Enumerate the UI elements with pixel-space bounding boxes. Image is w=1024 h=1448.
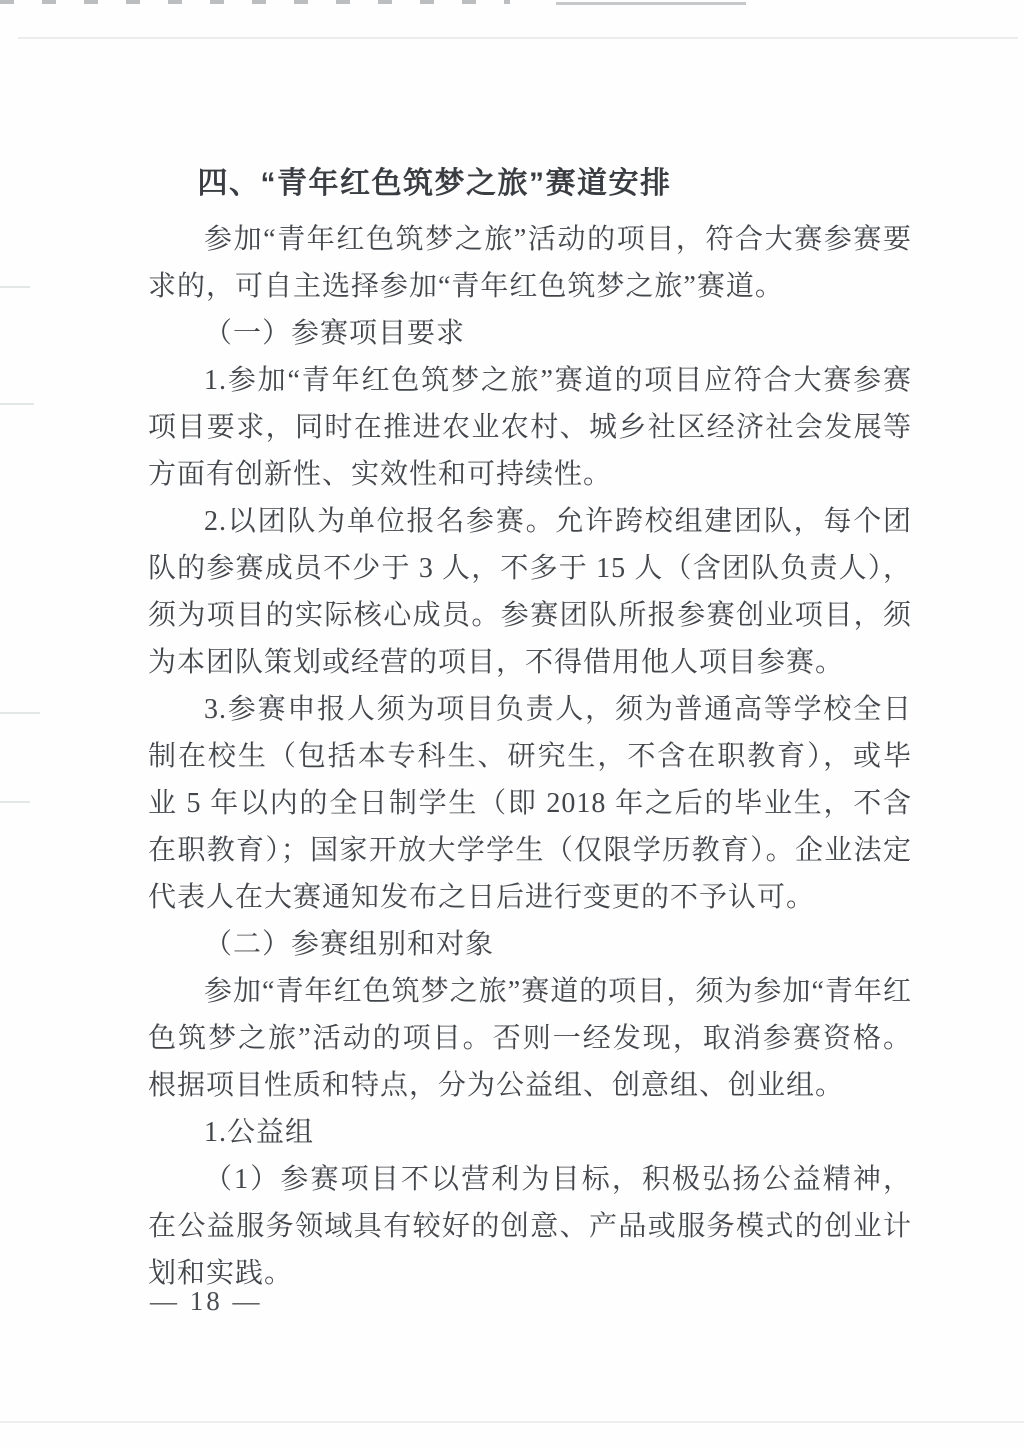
scan-artifact-bottom-line: [0, 1421, 1024, 1423]
subsection-2-heading: （二）参赛组别和对象: [148, 921, 912, 968]
requirement-item-1: 1.参加“青年红色筑梦之旅”赛道的项目应符合大赛参赛项目要求，同时在推进农业农村…: [148, 357, 912, 498]
scan-artifact-left-tick: [0, 712, 40, 714]
section-4-heading: 四、“青年红色筑梦之旅”赛道安排: [148, 160, 912, 208]
requirement-item-3: 3.参赛申报人须为项目负责人，须为普通高等学校全日制在校生（包括本专科生、研究生…: [148, 686, 912, 921]
scan-artifact-left-tick: [0, 403, 34, 405]
requirement-item-2: 2.以团队为单位报名参赛。允许跨校组建团队，每个团队的参赛成员不少于 3 人，不…: [148, 498, 912, 686]
page-number: — 18 —: [150, 1286, 263, 1317]
scan-artifact-left-tick: [0, 286, 30, 288]
scan-artifact-top-dashes: [0, 0, 510, 4]
intro-paragraph: 参加“青年红色筑梦之旅”活动的项目，符合大赛参赛要求的，可自主选择参加“青年红色…: [148, 216, 912, 310]
subsection-1-heading: （一）参赛项目要求: [148, 310, 912, 357]
scan-artifact-faint-line: [18, 37, 1018, 39]
group-overview-paragraph: 参加“青年红色筑梦之旅”赛道的项目，须为参加“青年红色筑梦之旅”活动的项目。否则…: [148, 968, 912, 1109]
public-welfare-group-heading: 1.公益组: [148, 1109, 912, 1156]
scan-artifact-left-tick: [0, 801, 30, 803]
scanned-document-page: 四、“青年红色筑梦之旅”赛道安排 参加“青年红色筑梦之旅”活动的项目，符合大赛参…: [0, 0, 1024, 1448]
document-body: 四、“青年红色筑梦之旅”赛道安排 参加“青年红色筑梦之旅”活动的项目，符合大赛参…: [148, 160, 912, 1297]
public-welfare-item-1: （1）参赛项目不以营利为目标，积极弘扬公益精神，在公益服务领域具有较好的创意、产…: [148, 1156, 912, 1297]
scan-artifact-top-dash: [556, 2, 746, 5]
